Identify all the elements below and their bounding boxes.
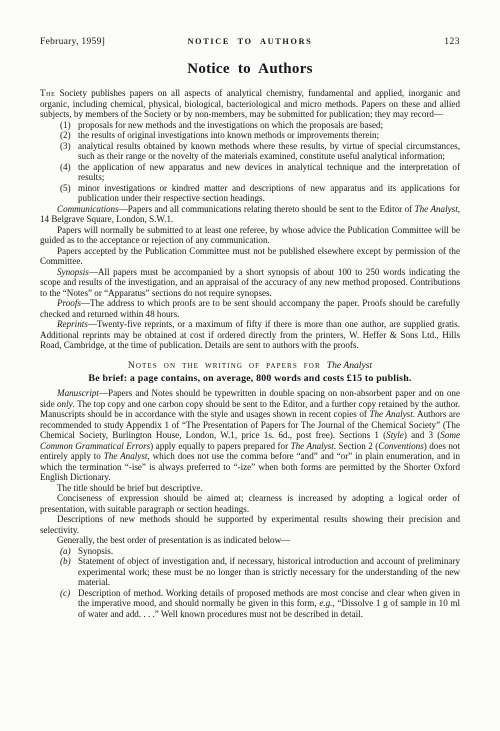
paragraph: The Society publishes papers on all aspe… (40, 88, 460, 120)
paragraph: Conciseness of expression should be aime… (40, 493, 460, 514)
text-run: Be brief: a page contains, on average, 8… (88, 373, 411, 384)
paragraph: Papers will normally be submitted to at … (40, 225, 460, 246)
paragraph: Reprints—Twenty-five reprints, or a maxi… (40, 319, 460, 351)
running-header: February, 1959] NOTICE TO AUTHORS 123 (40, 36, 460, 48)
list: (1)proposals for new methods and the inv… (40, 120, 460, 204)
text-run: —The address to which proofs are to be s… (40, 298, 460, 319)
paragraph: Proofs—The address to which proofs are t… (40, 298, 460, 319)
text-run: Society publishes papers on all aspects … (40, 88, 460, 119)
italic-text: Style (386, 430, 404, 440)
italic-text: Conventions (378, 441, 423, 451)
italic-text: The Analyst (415, 204, 458, 214)
issue-date: February, 1959] (40, 37, 160, 48)
smallcaps-text: Notes on the writing of papers for (128, 360, 327, 371)
text-run: Statement of object of investigation and… (78, 556, 460, 587)
list-item: (3)analytical results obtained by known … (40, 141, 460, 162)
italic-text: only (57, 399, 73, 409)
cost-note: Be brief: a page contains, on average, 8… (40, 374, 460, 385)
text-run: Conciseness of expression should be aime… (40, 493, 460, 514)
text-run: Descriptions of new methods should be su… (40, 514, 460, 535)
text-run: . Section 2 ( (334, 441, 379, 451)
text-run: analytical results obtained by known met… (78, 141, 460, 162)
text-run: the application of new apparatus and new… (78, 162, 460, 183)
list-item: (c)Description of method. Working detail… (40, 588, 460, 620)
italic-text: The Analyst (327, 360, 372, 371)
paragraph: Synopsis—All papers must be accompanied … (40, 267, 460, 299)
journal-page: February, 1959] NOTICE TO AUTHORS 123 No… (0, 0, 500, 619)
list-item: (b)Statement of object of investigation … (40, 556, 460, 588)
section-heading: Notes on the writing of papers for The A… (40, 361, 460, 372)
list-marker: (2) (60, 130, 71, 141)
list-marker: (4) (60, 162, 71, 173)
list-marker: (1) (60, 120, 71, 131)
list-marker: (c) (60, 588, 70, 599)
list-item-text: Synopsis. (78, 546, 113, 556)
text-run: Synopsis. (78, 546, 113, 556)
paragraph: Communications—Papers and all communicat… (40, 204, 460, 225)
page-title: Notice to Authors (40, 61, 460, 78)
paragraph: Generally, the best order of presentatio… (40, 535, 460, 546)
list-item: (4)the application of new apparatus and … (40, 162, 460, 183)
list-item: (1)proposals for new methods and the inv… (40, 120, 460, 131)
list-item-text: the application of new apparatus and new… (78, 162, 460, 183)
paragraph: Papers accepted by the Publication Commi… (40, 246, 460, 267)
list-item-text: proposals for new methods and the invest… (78, 120, 383, 130)
text-run: ) apply equally to papers prepared for (150, 441, 290, 451)
list-item-text: Description of method. Working details o… (78, 588, 460, 619)
list-marker: (5) (60, 183, 71, 194)
paragraph: Manuscript—Papers and Notes should be ty… (40, 388, 460, 483)
list: (a)Synopsis.(b)Statement of object of in… (40, 546, 460, 620)
running-title: NOTICE TO AUTHORS (160, 36, 340, 47)
italic-text: Proofs (57, 298, 81, 308)
list-item: (a)Synopsis. (40, 546, 460, 557)
list-item-text: minor investigations or kindred matter a… (78, 183, 460, 204)
list-item-text: analytical results obtained by known met… (78, 141, 460, 162)
list-item-text: Statement of object of investigation and… (78, 556, 460, 587)
list-marker: (b) (60, 556, 71, 567)
italic-text: Reprints (57, 319, 88, 329)
paragraph: Descriptions of new methods should be su… (40, 514, 460, 535)
italic-text: Synopsis (57, 267, 89, 277)
text-run: ) and 3 ( (404, 430, 440, 440)
italic-text: Communications (57, 204, 119, 214)
text-run: proposals for new methods and the invest… (78, 120, 383, 130)
italic-text: The Analyst (291, 441, 334, 451)
list-marker: (a) (60, 546, 71, 557)
page-number: 123 (340, 37, 460, 48)
list-marker: (3) (60, 141, 71, 152)
list-item: (2)the results of original investigation… (40, 130, 460, 141)
paragraph: The title should be brief but descriptiv… (40, 483, 460, 494)
list-item: (5)minor investigations or kindred matte… (40, 183, 460, 204)
text-run: the results of original investigations i… (78, 130, 379, 140)
smallcaps-text: The (40, 88, 55, 98)
text-run: minor investigations or kindred matter a… (78, 183, 460, 204)
text-run: Papers accepted by the Publication Commi… (40, 246, 460, 267)
list-item-text: the results of original investigations i… (78, 130, 379, 140)
italic-text: The Analyst (104, 451, 148, 461)
document-body: The Society publishes papers on all aspe… (40, 88, 460, 619)
italic-text: The Analyst (369, 409, 412, 419)
text-run: Generally, the best order of presentatio… (57, 535, 290, 545)
italic-text: Manuscript (57, 388, 99, 398)
text-run: —Twenty-five reprints, or a maximum of f… (40, 319, 460, 350)
text-run: Papers will normally be submitted to at … (40, 225, 460, 246)
text-run: —Papers and all communications relating … (119, 204, 415, 214)
text-run: The title should be brief but descriptiv… (57, 483, 203, 493)
italic-text: e.g. (319, 598, 332, 608)
text-run: —All papers must be accompanied by a sho… (40, 267, 460, 298)
